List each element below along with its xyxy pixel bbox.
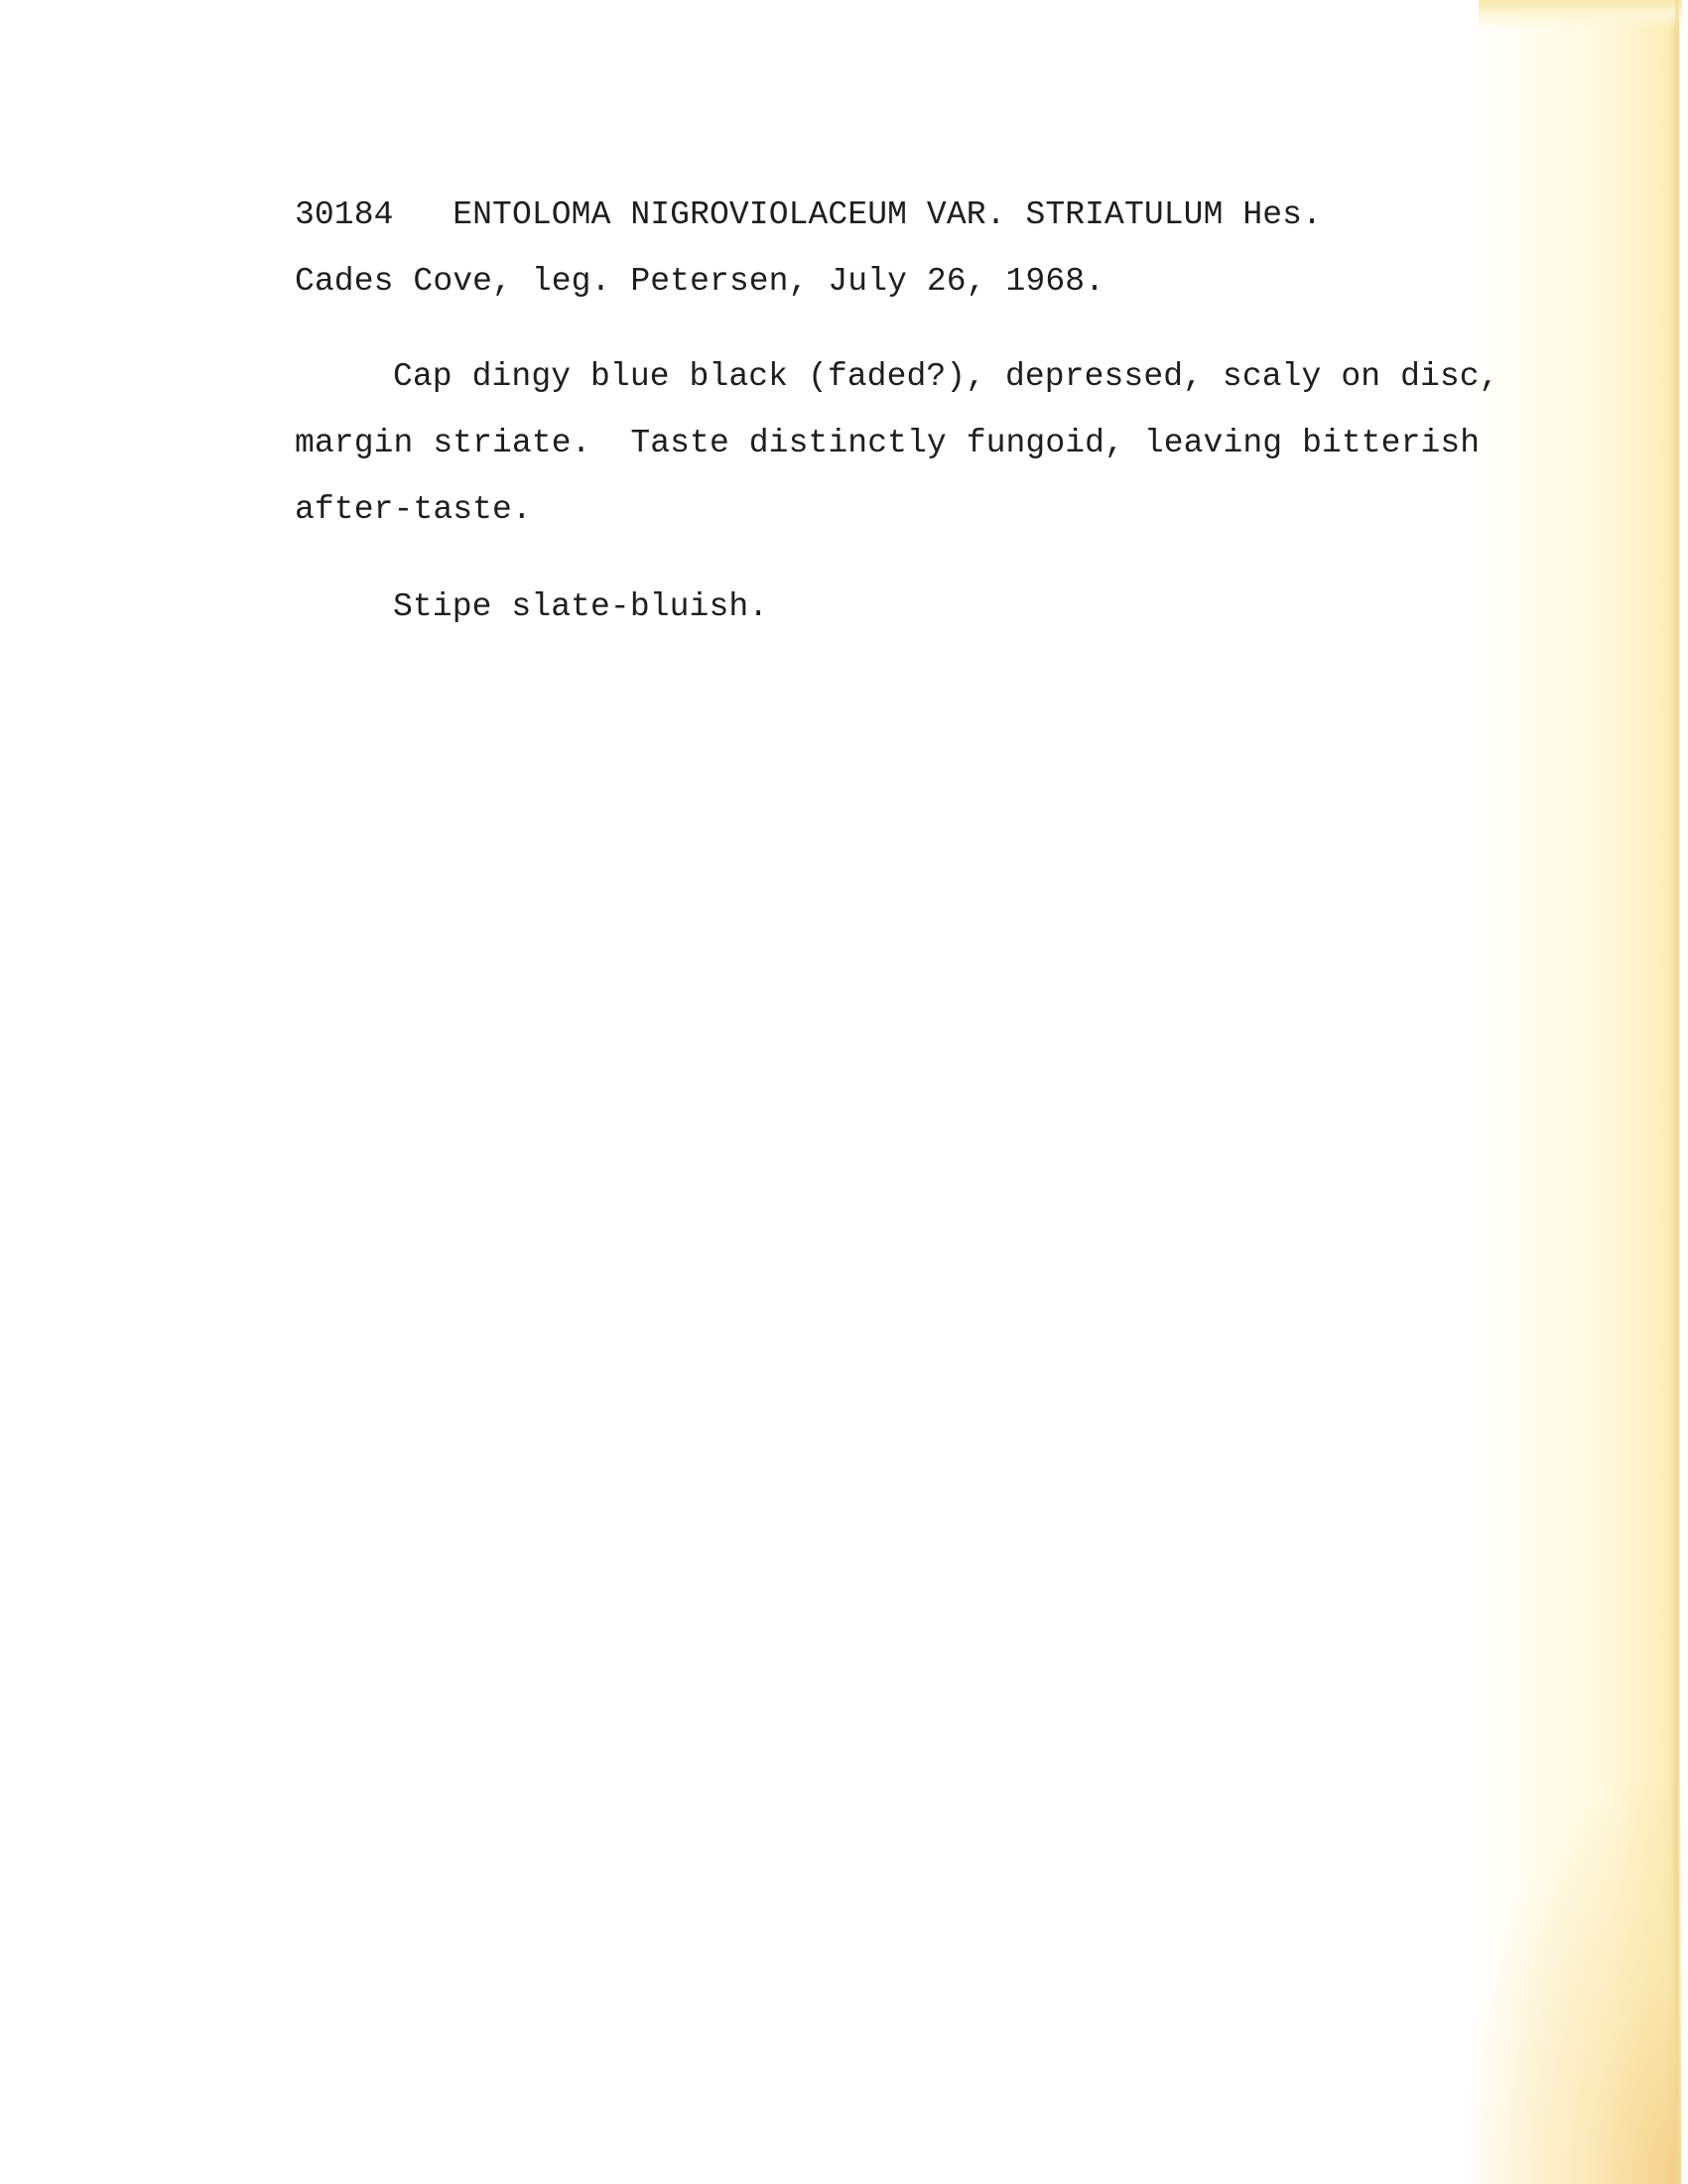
description-line-2: margin striate. Taste distinctly fungoid… bbox=[295, 427, 1480, 459]
document-page: 30184 ENTOLOMA NIGROVIOLACEUM VAR. STRIA… bbox=[0, 0, 1688, 2184]
collection-info: Cades Cove, leg. Petersen, July 26, 1968… bbox=[295, 265, 1104, 298]
page-corner-discoloration bbox=[1469, 1786, 1681, 2184]
page-top-discoloration bbox=[1479, 0, 1682, 30]
description-line-1: Cap dingy blue black (faded?), depressed… bbox=[393, 360, 1499, 393]
taxon-name: ENTOLOMA NIGROVIOLACEUM VAR. STRIATULUM … bbox=[453, 196, 1322, 233]
header-line-1: 30184 ENTOLOMA NIGROVIOLACEUM VAR. STRIA… bbox=[295, 198, 1322, 231]
specimen-number: 30184 bbox=[295, 196, 394, 233]
description-line-3: after-taste. bbox=[295, 493, 532, 526]
page-right-edge bbox=[1675, 0, 1679, 2184]
stipe-description: Stipe slate-bluish. bbox=[393, 590, 768, 623]
